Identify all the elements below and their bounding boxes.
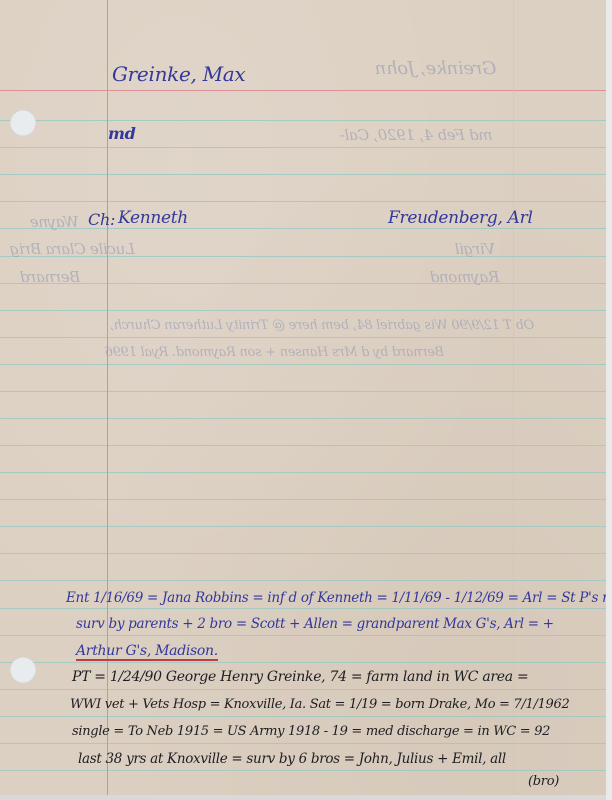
obituary-line: surv by parents + 2 bro = Scott + Allen …	[76, 616, 554, 632]
bleed-through-text: Raymond	[430, 268, 499, 286]
rule-line	[0, 445, 606, 446]
rule-line	[0, 770, 606, 771]
bleed-through-text: Bernard	[20, 268, 80, 286]
obituary-line: Arthur G's, Madison.	[76, 643, 218, 659]
obituary-line: single = To Neb 1915 = US Army 1918 - 19…	[72, 724, 550, 739]
bleed-through-text: Ob T 12/9/90 Wis gabriel 84, bem here @ …	[110, 318, 534, 333]
obituary-line: WWI vet + Vets Hosp = Knoxville, Ia. Sat…	[70, 697, 569, 712]
record-name: Greinke, Max	[112, 62, 245, 86]
bleed-through-text: Wayne	[30, 213, 79, 231]
rule-line	[0, 337, 606, 338]
rule-line	[0, 580, 606, 581]
obituary-line: PT = 1/24/90 George Henry Greinke, 74 = …	[72, 669, 528, 685]
rule-line	[0, 526, 606, 527]
rule-line	[0, 608, 606, 609]
rule-line	[0, 283, 606, 284]
bleed-through-text: Greinke, John	[375, 58, 496, 79]
rule-line	[0, 174, 606, 175]
notebook-page: Greinke, John md Feb 4, 1920, Cal- Wayne…	[0, 0, 606, 795]
rule-line	[0, 472, 606, 473]
rule-line	[0, 147, 606, 148]
rule-line	[0, 743, 606, 744]
obituary-line: (bro)	[528, 774, 559, 789]
scan-edge	[606, 0, 612, 800]
marital-status: md	[108, 124, 136, 143]
punch-hole	[10, 110, 36, 136]
bleed-through-text: md Feb 4, 1920, Cal-	[340, 126, 493, 144]
bleed-through-text: Lucile Clara Brig	[10, 240, 135, 258]
children-label: Ch:	[88, 210, 115, 229]
bleed-through-text: Virgil	[455, 240, 495, 258]
spouse-name: Freudenberg, Arl	[388, 208, 533, 228]
underlined-name: Arthur G's, Madison.	[76, 643, 218, 661]
rule-line	[0, 662, 606, 663]
obituary-line: Ent 1/16/69 = Jana Robbins = inf d of Ke…	[66, 590, 606, 606]
obituary-line: last 38 yrs at Knoxville = surv by 6 bro…	[78, 751, 506, 767]
rule-line	[0, 310, 606, 311]
rule-line	[0, 635, 606, 636]
rule-line	[0, 391, 606, 392]
rule-line	[0, 499, 606, 500]
rule-line	[0, 689, 606, 690]
top-red-rule	[0, 90, 606, 91]
rule-line	[0, 553, 606, 554]
rule-line	[0, 418, 606, 419]
rule-line	[0, 120, 606, 121]
rule-line	[0, 364, 606, 365]
bleed-through-text: Bernard by d Mrs Hansen + son Raymond. R…	[105, 345, 444, 360]
rule-line	[0, 201, 606, 202]
rule-line	[0, 716, 606, 717]
punch-hole	[10, 657, 36, 683]
child-name: Kenneth	[118, 208, 188, 228]
